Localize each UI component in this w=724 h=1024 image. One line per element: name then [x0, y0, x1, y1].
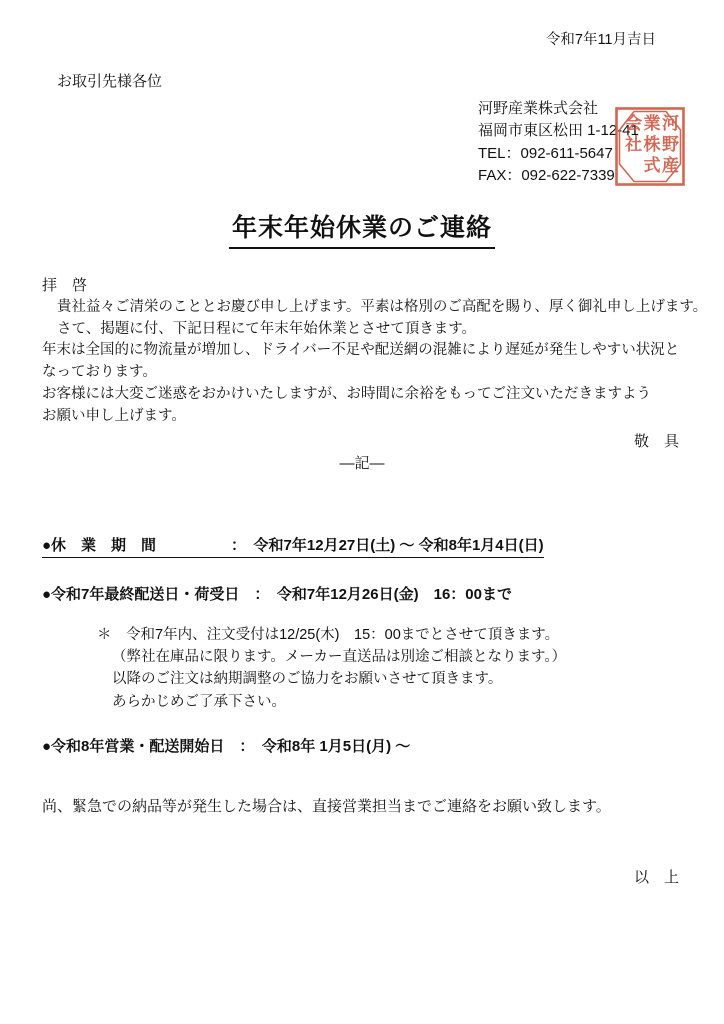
- seal-text: 河野産 業株式 会社: [623, 114, 677, 179]
- last-delivery-line: ●令和7年最終配送日・荷受日 ： 令和7年12月26日(金) 16：00まで: [42, 583, 512, 604]
- document-date: 令和7年11月吉日: [546, 28, 656, 49]
- seal-column-right: 河野産: [660, 114, 677, 179]
- note-line: あらかじめご了承下さい。: [97, 691, 566, 713]
- body-line: なっております。: [42, 362, 697, 384]
- seal-column-left: 会社: [623, 114, 640, 179]
- company-seal-stamp: 河野産 業株式 会社: [615, 107, 685, 186]
- holiday-period-line: ●休 業 期 間 ： 令和7年12月27日(土) ～ 令和8年1月4日(日): [42, 534, 544, 558]
- document-title: 年末年始休業のご連絡: [229, 208, 495, 249]
- body-paragraphs: 貴社益々ご清栄のこととお慶び申し上げます。平素は格別のご高配を賜り、厚く御礼申し…: [42, 297, 697, 427]
- seal-column-middle: 業株式: [642, 114, 659, 179]
- business-notice-document: 令和7年11月吉日 お取引先様各位 河野産業株式会社 福岡市東区松田 1-12-…: [0, 0, 724, 1024]
- closing-keigu: 敬 具: [634, 430, 679, 451]
- end-marker-ijou: 以 上: [634, 866, 679, 887]
- body-line: さて、掲題に付、下記日程にて年末年始休業とさせて頂きます。: [42, 319, 697, 341]
- note-line: 以降のご注文は納期調整のご協力をお願いさせて頂きます。: [97, 668, 566, 690]
- emergency-contact-note: 尚、緊急での納品等が発生した場合は、直接営業担当までご連絡をお願い致します。: [42, 795, 611, 816]
- body-line: お願い申し上げます。: [42, 406, 697, 428]
- business-restart-line: ●令和8年営業・配送開始日 ： 令和8年 1月5日(月) ～: [42, 735, 410, 756]
- note-line: ＊ 令和7年内、注文受付は12/25(木) 15：00までとさせて頂きます。: [97, 624, 566, 646]
- body-line: 年末は全国的に物流量が増加し、ドライバー不足や配送網の混雑により遅延が発生しやす…: [42, 340, 697, 362]
- order-deadline-notes: ＊ 令和7年内、注文受付は12/25(木) 15：00までとさせて頂きます。 （…: [97, 624, 566, 713]
- salutation: 拝 啓: [42, 274, 87, 295]
- addressee-line: お取引先様各位: [57, 70, 162, 91]
- body-line: お客様には大変ご迷惑をおかけいたしますが、お時間に余裕をもってご注文いただきます…: [42, 384, 697, 406]
- body-line: 貴社益々ご清栄のこととお慶び申し上げます。平素は格別のご高配を賜り、厚く御礼申し…: [42, 297, 697, 319]
- note-line: （弊社在庫品に限ります。メーカー直送品は別途ご相談となります。）: [97, 646, 566, 668]
- record-marker: ―記―: [339, 452, 384, 473]
